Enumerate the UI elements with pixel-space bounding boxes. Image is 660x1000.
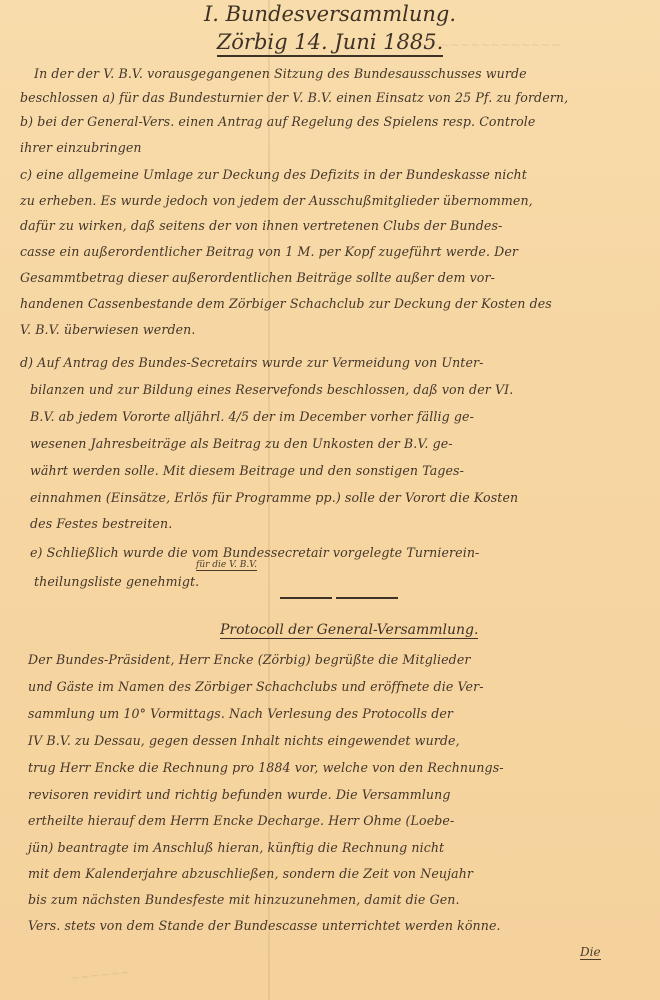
text-line: jün) beantragte im Anschluß hieran, künf…	[28, 840, 444, 855]
text-line: c) eine allgemeine Umlage zur Deckung de…	[20, 167, 527, 182]
catchword: Die	[580, 945, 601, 960]
text-line: zu erheben. Es wurde jedoch von jedem de…	[20, 193, 533, 208]
text-line: B.V. ab jedem Vororte alljährl. 4/5 der …	[30, 409, 474, 424]
section-divider	[280, 597, 398, 599]
text-line: wesenen Jahresbeiträge als Beitrag zu de…	[30, 436, 453, 451]
section-heading: Protocoll der General-Versammlung.	[220, 622, 478, 639]
text-line: ihrer einzubringen	[20, 140, 142, 155]
text-line: währt werden solle. Mit diesem Beitrage …	[30, 463, 464, 478]
bleed-through-text: ~~~~~~	[69, 965, 130, 985]
text-line: Der Bundes-Präsident, Herr Encke (Zörbig…	[28, 652, 471, 667]
text-line: des Festes bestreiten.	[30, 516, 172, 531]
text-line: theilungsliste genehmigt.	[34, 574, 199, 589]
text-line: sammlung um 10° Vormittags. Nach Verlesu…	[28, 706, 453, 721]
text-line: dafür zu wirken, daß seitens der von ihn…	[20, 218, 502, 233]
text-line: und Gäste im Namen des Zörbiger Schachcl…	[28, 679, 484, 694]
text-line: b) bei der General-Vers. einen Antrag au…	[20, 114, 535, 129]
text-line: In der der V. B.V. vorausgegangenen Sitz…	[34, 66, 527, 81]
text-line: trug Herr Encke die Rechnung pro 1884 vo…	[28, 760, 504, 775]
text-line: bis zum nächsten Bundesfeste mit hinzuzu…	[28, 892, 460, 907]
text-line: mit dem Kalenderjahre abzuschließen, son…	[28, 866, 473, 881]
text-line: revisoren revidirt und richtig befunden …	[28, 787, 451, 802]
text-line: IV B.V. zu Dessau, gegen dessen Inhalt n…	[28, 733, 460, 748]
document-title: I. Bundesversammlung.	[0, 2, 660, 26]
text-line: d) Auf Antrag des Bundes-Secretairs wurd…	[20, 355, 484, 370]
text-line: beschlossen a) für das Bundesturnier der…	[20, 90, 568, 105]
text-line: V. B.V. überwiesen werden.	[20, 322, 195, 337]
text-line: handenen Cassenbestande dem Zörbiger Sch…	[20, 296, 552, 311]
text-line: Gesammtbetrag dieser außerordentlichen B…	[20, 270, 495, 285]
text-line: bilanzen und zur Bildung eines Reservefo…	[30, 382, 513, 397]
text-line: e) Schließlich wurde die vom Bundessecre…	[30, 545, 479, 560]
text-line: Vers. stets von dem Stande der Bundescas…	[28, 918, 501, 933]
text-line: einnahmen (Einsätze, Erlös für Programme…	[30, 490, 518, 505]
text-line: ertheilte hierauf dem Herrn Encke Dechar…	[28, 813, 454, 828]
manuscript-page: ~~~~~~~~~~~~~~ I. Bundesversammlung. Zör…	[0, 0, 660, 1000]
interlinear-insertion: für die V. B.V.	[196, 560, 257, 571]
document-subtitle: Zörbig 14. Juni 1885.	[0, 30, 660, 54]
text-line: casse ein außerordentlicher Beitrag von …	[20, 244, 518, 259]
